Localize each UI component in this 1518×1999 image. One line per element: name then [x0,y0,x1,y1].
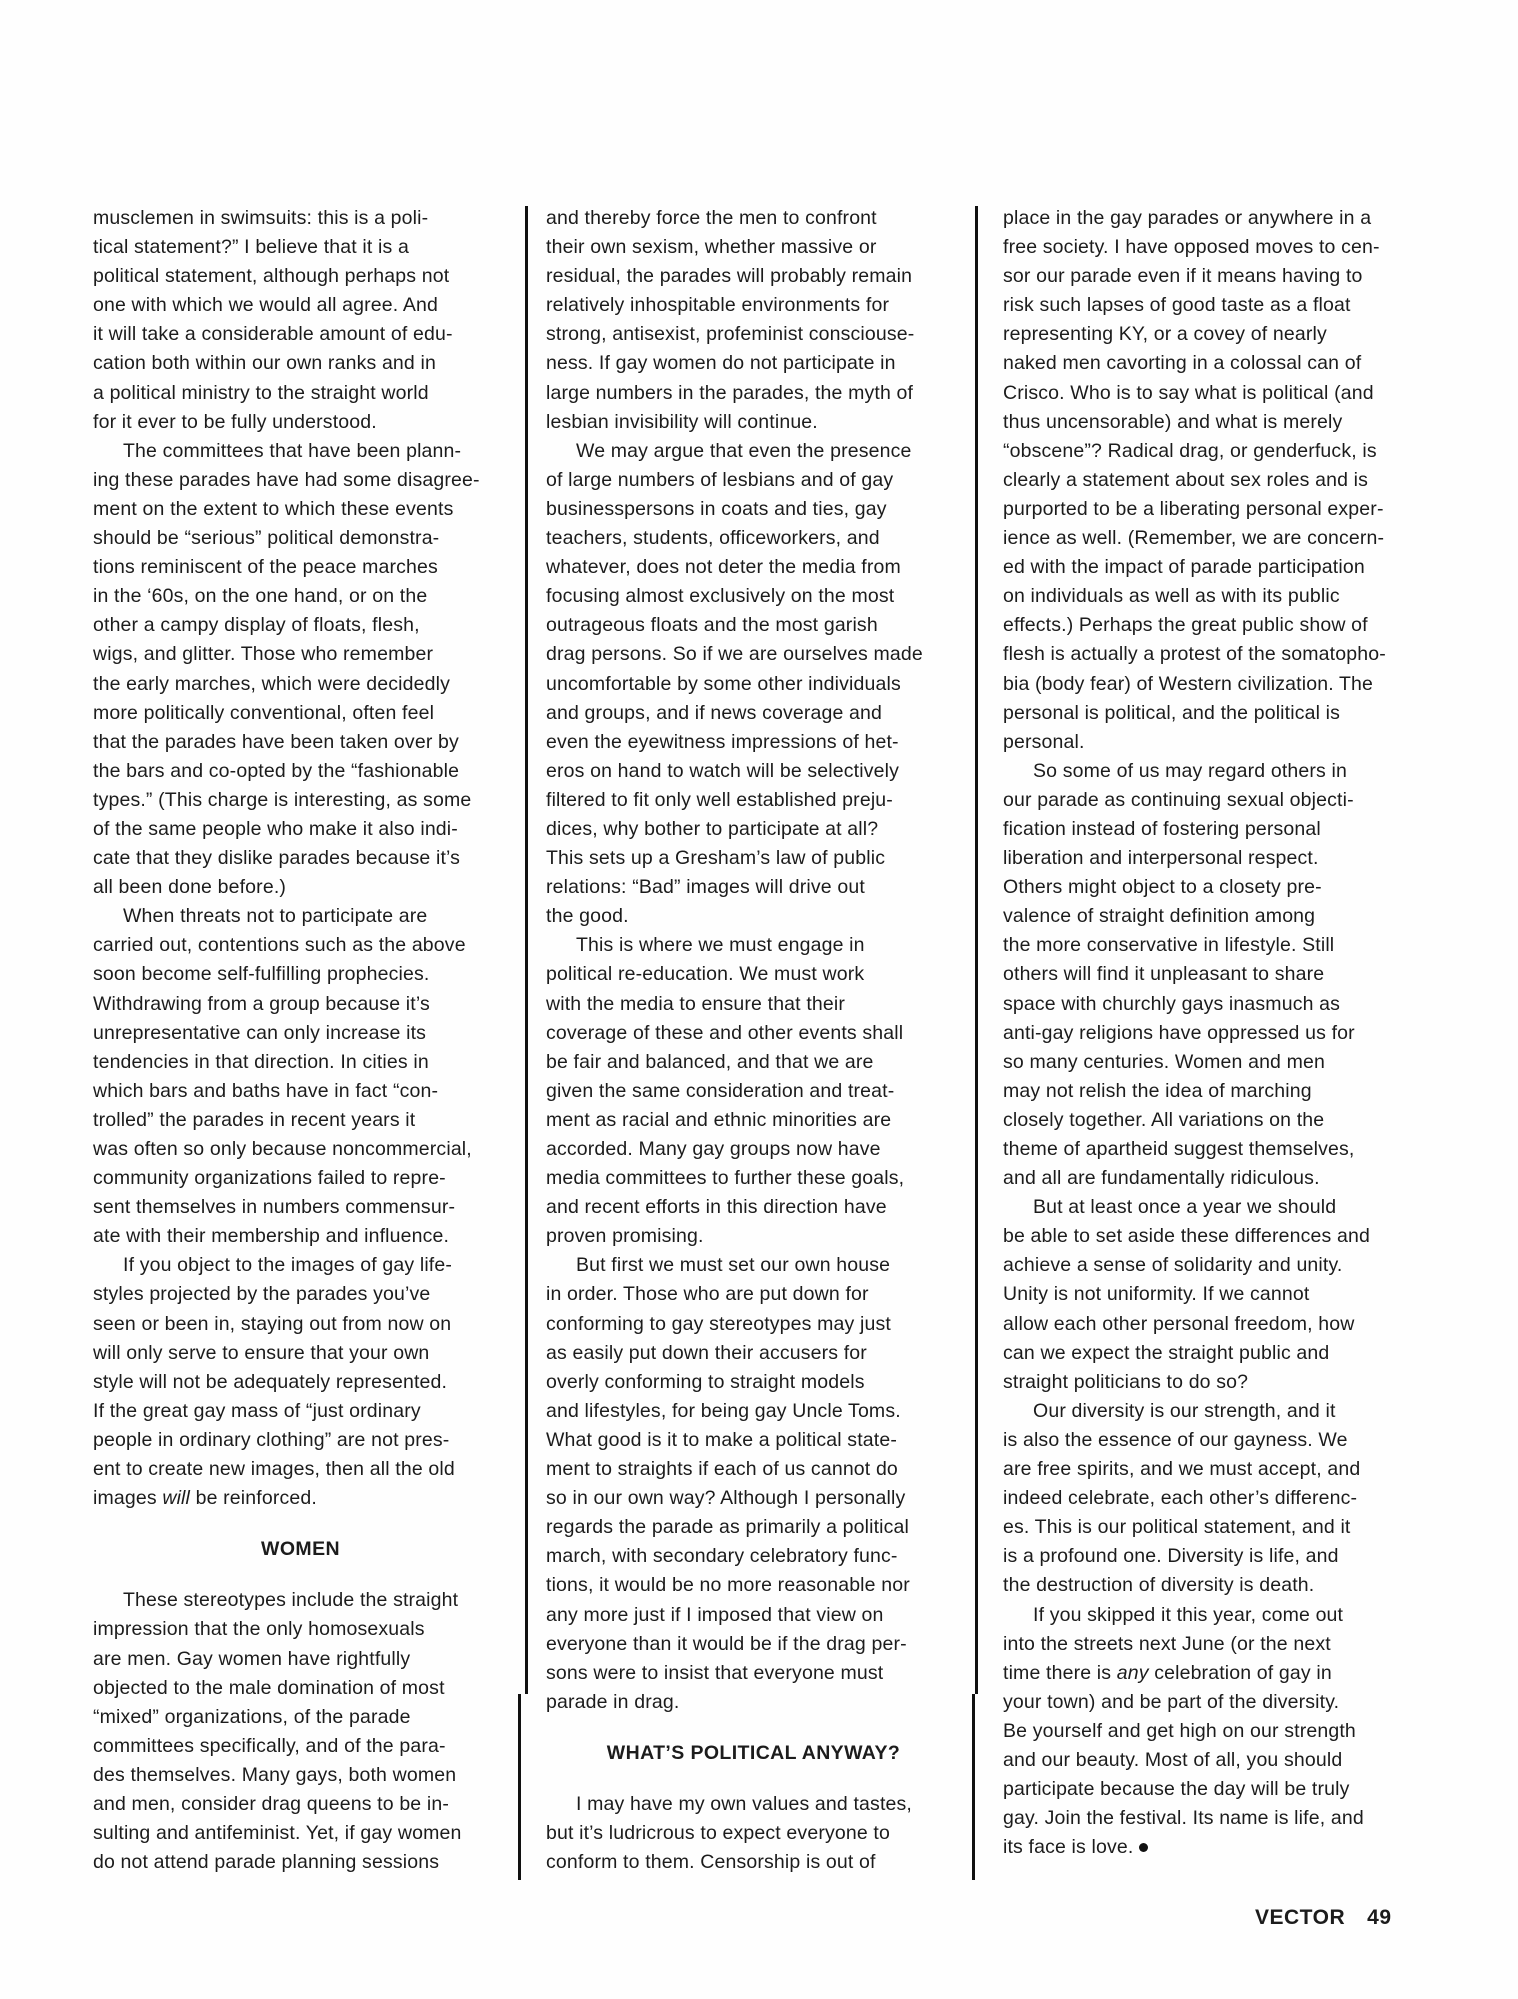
text-line: more politically conventional, often fee… [93,699,508,728]
text-line: any more just if I imposed that view on [546,1601,961,1630]
text-line: Others might object to a closety pre- [1003,873,1418,902]
paragraph: musclemen in swimsuits: this is a poli-t… [93,204,508,437]
text-line: risk such lapses of good taste as a floa… [1003,291,1418,320]
text-line: tions reminiscent of the peace marches [93,553,508,582]
column-divider-1-lower [518,1694,521,1880]
text-line: will only serve to ensure that your own [93,1339,508,1368]
text-line: your town) and be part of the diversity. [1003,1688,1418,1717]
text-line: is a profound one. Diversity is life, an… [1003,1542,1418,1571]
text-line: style will not be adequately represented… [93,1368,508,1397]
text-line: Be yourself and get high on our strength [1003,1717,1418,1746]
text-line: styles projected by the parades you’ve [93,1280,508,1309]
text-line: anti-gay religions have oppressed us for [1003,1019,1418,1048]
page-number: 49 [1367,1906,1391,1929]
paragraph: But first we must set our own housein or… [546,1251,961,1717]
text-line: ate with their membership and influence. [93,1222,508,1251]
article-column-2: and thereby force the men to confrontthe… [546,204,961,1877]
section-heading: WHAT’S POLITICAL ANYWAY? [546,1739,961,1768]
paragraph: When threats not to participate arecarri… [93,902,508,1251]
text-line: “obscene”? Radical drag, or genderfuck, … [1003,437,1418,466]
column-divider-2-upper [975,206,978,1694]
text-line: eros on hand to watch will be selectivel… [546,757,961,786]
text-line: be able to set aside these differences a… [1003,1222,1418,1251]
text-line: tendencies in that direction. In cities … [93,1048,508,1077]
text-line: cate that they dislike parades because i… [93,844,508,873]
text-line: everyone than it would be if the drag pe… [546,1630,961,1659]
text-line: be fair and balanced, and that we are [546,1048,961,1077]
article-column-3: place in the gay parades or anywhere in … [1003,204,1418,1862]
text-line: the good. [546,902,961,931]
text-line: accorded. Many gay groups now have [546,1135,961,1164]
text-line: sor our parade even if it means having t… [1003,262,1418,291]
text-line: thus uncensorable) and what is merely [1003,408,1418,437]
text-line: participate because the day will be trul… [1003,1775,1418,1804]
text-line: uncomfortable by some other individuals [546,670,961,699]
text-line: is also the essence of our gayness. We [1003,1426,1418,1455]
text-line: Withdrawing from a group because it’s [93,990,508,1019]
text-line: When threats not to participate are [93,902,508,931]
text-line: free society. I have opposed moves to ce… [1003,233,1418,262]
article-column-1: musclemen in swimsuits: this is a poli-t… [93,204,508,1877]
text-line: des themselves. Many gays, both women [93,1761,508,1790]
text-line: even the eyewitness impressions of het- [546,728,961,757]
emphasis: will [162,1487,190,1509]
text-line: types.” (This charge is interesting, as … [93,786,508,815]
paragraph: If you skipped it this year, come outint… [1003,1601,1418,1863]
text-line: Crisco. Who is to say what is political … [1003,379,1418,408]
text-line: “mixed” organizations, of the parade [93,1703,508,1732]
text-line: into the streets next June (or the next [1003,1630,1418,1659]
text-line: allow each other personal freedom, how [1003,1310,1418,1339]
text-line: residual, the parades will probably rema… [546,262,961,291]
text-line: effects.) Perhaps the great public show … [1003,611,1418,640]
text-line: so many centuries. Women and men [1003,1048,1418,1077]
text-line: of the same people who make it also indi… [93,815,508,844]
paragraph: So some of us may regard others inour pa… [1003,757,1418,1193]
text-line: If you object to the images of gay life- [93,1251,508,1280]
text-line: all been done before.) [93,873,508,902]
text-line: its face is love. [1003,1833,1418,1862]
text-line: I may have my own values and tastes, [546,1790,961,1819]
text-line: and our beauty. Most of all, you should [1003,1746,1418,1775]
text-line: and recent efforts in this direction hav… [546,1193,961,1222]
text-line: tions, it would be no more reasonable no… [546,1571,961,1600]
paragraph: If you object to the images of gay life-… [93,1251,508,1513]
text-line: proven promising. [546,1222,961,1251]
paragraph: These stereotypes include the straightim… [93,1586,508,1877]
text-line: wigs, and glitter. Those who remember [93,640,508,669]
text-line: regards the parade as primarily a politi… [546,1513,961,1542]
text-line: sent themselves in numbers commensur- [93,1193,508,1222]
text-line: political re-education. We must work [546,960,961,989]
text-line: so in our own way? Although I personally [546,1484,961,1513]
text-line: space with churchly gays inasmuch as [1003,990,1418,1019]
text-line: images will be reinforced. [93,1484,508,1513]
paragraph: and thereby force the men to confrontthe… [546,204,961,437]
text-line: overly conforming to straight models [546,1368,961,1397]
text-line: cation both within our own ranks and in [93,349,508,378]
text-line: relations: “Bad” images will drive out [546,873,961,902]
text-line: sulting and antifeminist. Yet, if gay wo… [93,1819,508,1848]
text-line: liberation and interpersonal respect. [1003,844,1418,873]
text-line: for it ever to be fully understood. [93,408,508,437]
text-line: of large numbers of lesbians and of gay [546,466,961,495]
text-line: community organizations failed to repre- [93,1164,508,1193]
text-line: If the great gay mass of “just ordinary [93,1397,508,1426]
text-line: are men. Gay women have rightfully [93,1645,508,1674]
paragraph: The committees that have been plann-ing … [93,437,508,903]
text-line: ment as racial and ethnic minorities are [546,1106,961,1135]
text-line: our parade as continuing sexual objecti- [1003,786,1418,815]
text-line: in the ‘60s, on the one hand, or on the [93,582,508,611]
text-line: carried out, contentions such as the abo… [93,931,508,960]
text-line: This is where we must engage in [546,931,961,960]
text-line: their own sexism, whether massive or [546,233,961,262]
text-line: and lifestyles, for being gay Uncle Toms… [546,1397,961,1426]
text-line: a political ministry to the straight wor… [93,379,508,408]
text-line: dices, why bother to participate at all? [546,815,961,844]
text-line: but it’s ludricrous to expect everyone t… [546,1819,961,1848]
text-line: So some of us may regard others in [1003,757,1418,786]
text-line: relatively inhospitable environments for [546,291,961,320]
text-line: may not relish the idea of marching [1003,1077,1418,1106]
text-line: tical statement?” I believe that it is a [93,233,508,262]
page-footer: VECTOR49 [1255,1906,1392,1930]
text-line: seen or been in, staying out from now on [93,1310,508,1339]
text-line: businesspersons in coats and ties, gay [546,495,961,524]
text-line: bia (body fear) of Western civilization.… [1003,670,1418,699]
emphasis: any [1117,1662,1149,1684]
text-line: fication instead of fostering personal [1003,815,1418,844]
text-line: But first we must set our own house [546,1251,961,1280]
paragraph: place in the gay parades or anywhere in … [1003,204,1418,757]
paragraph: I may have my own values and tastes,but … [546,1790,961,1877]
text-line: achieve a sense of solidarity and unity. [1003,1251,1418,1280]
publication-name: VECTOR [1255,1906,1345,1929]
text-line: flesh is actually a protest of the somat… [1003,640,1418,669]
text-line: committees specifically, and of the para… [93,1732,508,1761]
text-line: do not attend parade planning sessions [93,1848,508,1877]
text-line: the destruction of diversity is death. [1003,1571,1418,1600]
text-line: impression that the only homosexuals [93,1615,508,1644]
text-line: with the media to ensure that their [546,990,961,1019]
text-line: outrageous floats and the most garish [546,611,961,640]
text-line: These stereotypes include the straight [93,1586,508,1615]
text-line: and men, consider drag queens to be in- [93,1790,508,1819]
end-of-article-bullet-icon [1139,1843,1148,1852]
text-line: media committees to further these goals, [546,1164,961,1193]
text-line: large numbers in the parades, the myth o… [546,379,961,408]
text-line: indeed celebrate, each other’s differenc… [1003,1484,1418,1513]
text-line: ent to create new images, then all the o… [93,1455,508,1484]
text-line: and thereby force the men to confront [546,204,961,233]
text-line: musclemen in swimsuits: this is a poli- [93,204,508,233]
text-line: focusing almost exclusively on the most [546,582,961,611]
text-line: and all are fundamentally ridiculous. [1003,1164,1418,1193]
column-divider-1-upper [525,206,528,1694]
text-line: If you skipped it this year, come out [1003,1601,1418,1630]
text-line: ment to straights if each of us cannot d… [546,1455,961,1484]
text-line: soon become self-fulfilling prophecies. [93,960,508,989]
text-line: theme of apartheid suggest themselves, [1003,1135,1418,1164]
text-line: ment on the extent to which these events [93,495,508,524]
text-line: people in ordinary clothing” are not pre… [93,1426,508,1455]
text-line: Our diversity is our strength, and it [1003,1397,1418,1426]
text-line: should be “serious” political demonstra- [93,524,508,553]
text-line: and groups, and if news coverage and [546,699,961,728]
text-line: time there is any celebration of gay in [1003,1659,1418,1688]
text-line: The committees that have been plann- [93,437,508,466]
text-line: conforming to gay stereotypes may just [546,1310,961,1339]
text-line: ness. If gay women do not participate in [546,349,961,378]
text-line: as easily put down their accusers for [546,1339,961,1368]
text-line: which bars and baths have in fact “con- [93,1077,508,1106]
column-divider-2-lower [972,1694,975,1880]
text-line: other a campy display of floats, flesh, [93,611,508,640]
text-line: was often so only because noncommercial, [93,1135,508,1164]
text-line: personal is political, and the political… [1003,699,1418,728]
paragraph: But at least once a year we shouldbe abl… [1003,1193,1418,1397]
section-heading: WOMEN [93,1535,508,1564]
text-line: ed with the impact of parade participati… [1003,553,1418,582]
paragraph: Our diversity is our strength, and itis … [1003,1397,1418,1601]
text-line: whatever, does not deter the media from [546,553,961,582]
text-line: ience as well. (Remember, we are concern… [1003,524,1418,553]
text-line: given the same consideration and treat- [546,1077,961,1106]
text-line: sons were to insist that everyone must [546,1659,961,1688]
text-line: one with which we would all agree. And [93,291,508,320]
text-line: it will take a considerable amount of ed… [93,320,508,349]
text-line: coverage of these and other events shall [546,1019,961,1048]
text-line: march, with secondary celebratory func- [546,1542,961,1571]
text-line: are free spirits, and we must accept, an… [1003,1455,1418,1484]
text-line: es. This is our political statement, and… [1003,1513,1418,1542]
text-line: others will find it unpleasant to share [1003,960,1418,989]
text-line: conform to them. Censorship is out of [546,1848,961,1877]
paragraph: This is where we must engage inpolitical… [546,931,961,1251]
text-line: objected to the male domination of most [93,1674,508,1703]
text-line: gay. Join the festival. Its name is life… [1003,1804,1418,1833]
text-line: representing KY, or a covey of nearly [1003,320,1418,349]
text-line: personal. [1003,728,1418,757]
text-line: lesbian invisibility will continue. [546,408,961,437]
text-line: the early marches, which were decidedly [93,670,508,699]
text-line: But at least once a year we should [1003,1193,1418,1222]
text-line: that the parades have been taken over by [93,728,508,757]
text-line: strong, antisexist, profeminist consciou… [546,320,961,349]
text-line: parade in drag. [546,1688,961,1717]
text-line: the more conservative in lifestyle. Stil… [1003,931,1418,960]
text-line: place in the gay parades or anywhere in … [1003,204,1418,233]
text-line: clearly a statement about sex roles and … [1003,466,1418,495]
text-line: drag persons. So if we are ourselves mad… [546,640,961,669]
text-line: straight politicians to do so? [1003,1368,1418,1397]
text-line: valence of straight definition among [1003,902,1418,931]
text-line: Unity is not uniformity. If we cannot [1003,1280,1418,1309]
text-line: teachers, students, officeworkers, and [546,524,961,553]
text-line: We may argue that even the presence [546,437,961,466]
text-line: trolled” the parades in recent years it [93,1106,508,1135]
text-line: can we expect the straight public and [1003,1339,1418,1368]
text-line: ing these parades have had some disagree… [93,466,508,495]
text-line: political statement, although perhaps no… [93,262,508,291]
text-line: This sets up a Gresham’s law of public [546,844,961,873]
text-line: filtered to fit only well established pr… [546,786,961,815]
paragraph: We may argue that even the presenceof la… [546,437,961,932]
text-line: purported to be a liberating personal ex… [1003,495,1418,524]
text-line: the bars and co-opted by the “fashionabl… [93,757,508,786]
magazine-page: musclemen in swimsuits: this is a poli-t… [0,0,1518,1999]
text-line: naked men cavorting in a colossal can of [1003,349,1418,378]
text-line: unrepresentative can only increase its [93,1019,508,1048]
text-line: closely together. All variations on the [1003,1106,1418,1135]
text-line: on individuals as well as with its publi… [1003,582,1418,611]
text-line: in order. Those who are put down for [546,1280,961,1309]
text-line: What good is it to make a political stat… [546,1426,961,1455]
